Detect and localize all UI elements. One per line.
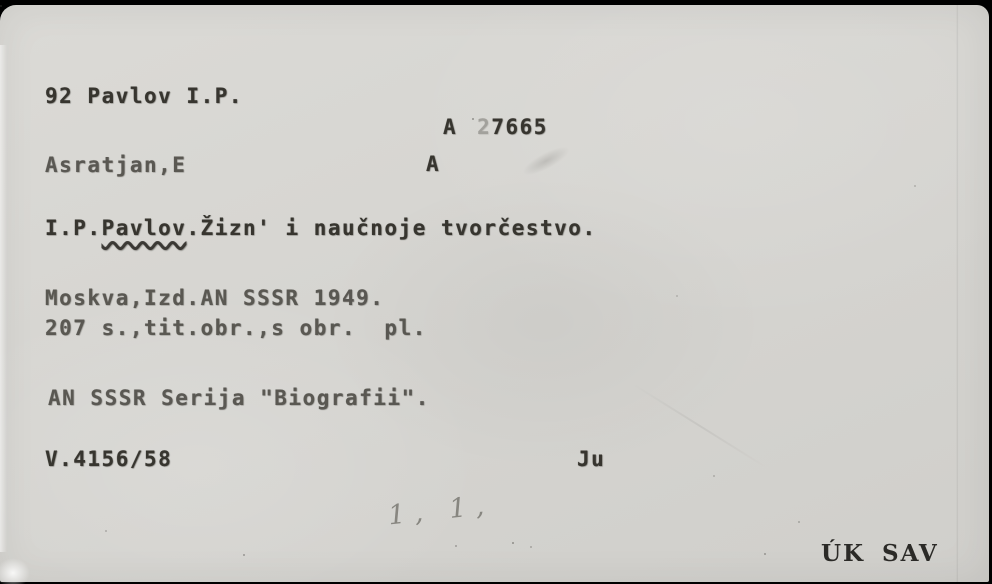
call-number-letter: A xyxy=(443,115,457,139)
heading-line: 92 Pavlov I.P. xyxy=(45,84,243,108)
collation-line: 207 s.,tit.obr.,s obr. pl. xyxy=(45,316,427,340)
paper-specks xyxy=(0,5,2,7)
annotation-letter: A xyxy=(426,152,440,176)
series-line: AN SSSR Serija "Biografii". xyxy=(48,386,430,410)
title-pre: I.P. xyxy=(45,216,102,240)
paper-crease-diagonal xyxy=(632,383,769,469)
title-underlined-name: Pavlov xyxy=(102,216,187,240)
title-post: .Žizn' i naučnoje tvorčestvo. xyxy=(186,216,596,240)
ink-smudge xyxy=(519,142,572,181)
paper-corner-spot xyxy=(0,558,30,584)
language-code: Ju xyxy=(577,447,605,471)
author-line: Asratjan,E xyxy=(45,153,186,177)
imprint-line: Moskva,Izd.AN SSSR 1949. xyxy=(45,286,384,310)
handwritten-note: 1, 1, xyxy=(387,490,495,532)
call-number-faint-digit: 2 xyxy=(477,115,491,139)
scanned-catalog-card: 92 Pavlov I.P. A27665 Asratjan,E A I.P.P… xyxy=(0,0,992,584)
shelf-number: V.4156/58 xyxy=(45,447,172,471)
paper-crease-vertical xyxy=(956,5,959,582)
paper-edge-highlight xyxy=(0,45,7,552)
call-number: A27665 xyxy=(443,115,548,139)
title-line: I.P.Pavlov.Žizn' i naučnoje tvorčestvo. xyxy=(45,216,597,240)
call-number-digits: 7665 xyxy=(491,115,548,139)
catalog-card-paper: 92 Pavlov I.P. A27665 Asratjan,E A I.P.P… xyxy=(0,5,989,582)
library-stamp: ÚK SAV xyxy=(821,540,939,567)
